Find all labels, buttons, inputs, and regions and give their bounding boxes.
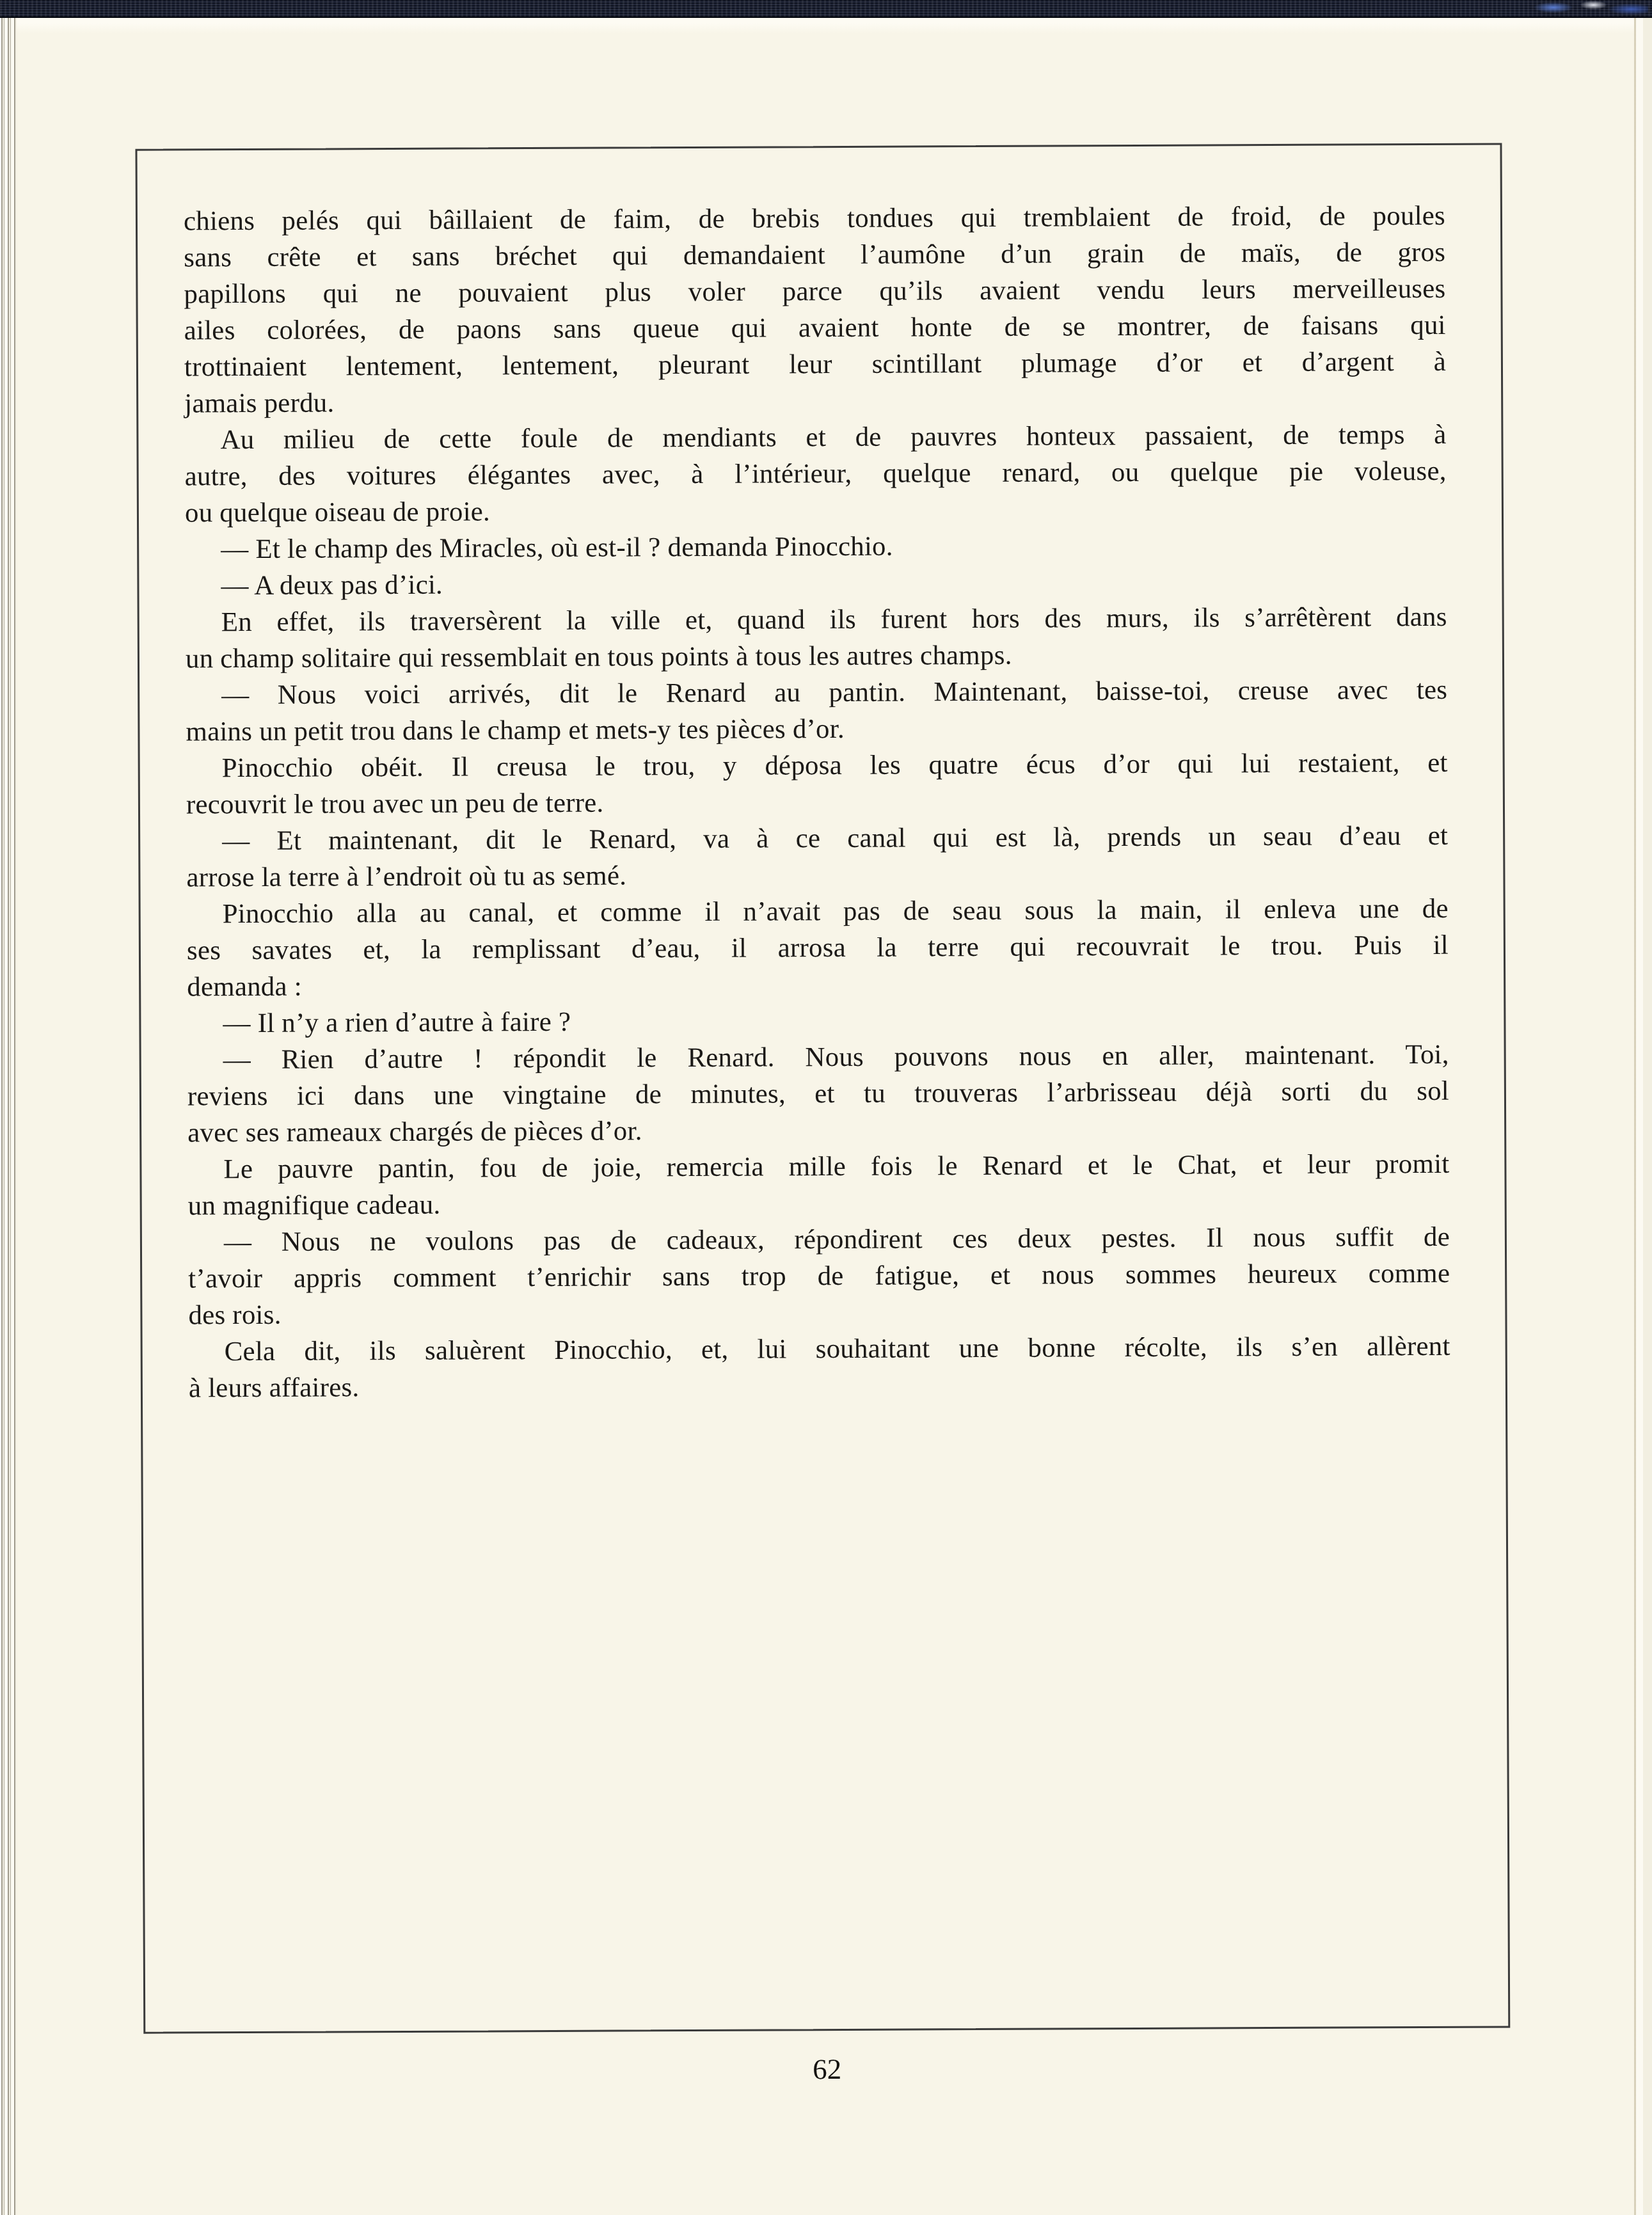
paragraph: — A deux pas d’ici. bbox=[185, 562, 1447, 605]
text-column: chiens pelés qui bâillaient de faim, de … bbox=[184, 198, 1450, 1407]
text-line: papillons qui ne pouvaient plus voler pa… bbox=[184, 271, 1445, 313]
page-number: 62 bbox=[143, 2052, 1510, 2086]
text-line: ou quelque oiseau de proie. bbox=[185, 489, 1447, 532]
text-line: un champ solitaire qui ressemblait en to… bbox=[186, 635, 1447, 678]
text-frame-border: chiens pelés qui bâillaient de faim, de … bbox=[135, 143, 1510, 2033]
text-line: un magnifique cadeau. bbox=[188, 1182, 1450, 1225]
page-edge-right bbox=[1634, 0, 1652, 2215]
page-edges-left bbox=[0, 17, 17, 2215]
paragraph: Pinocchio obéit. Il creusa le trou, y dé… bbox=[186, 745, 1448, 823]
paragraph: — Rien d’autre ! répondit le Renard. Nou… bbox=[187, 1036, 1450, 1152]
text-line: — Il n’y a rien d’autre à faire ? bbox=[187, 1000, 1449, 1042]
text-line: à leurs affaires. bbox=[189, 1365, 1450, 1407]
text-line: des rois. bbox=[188, 1292, 1450, 1334]
paper-page: chiens pelés qui bâillaient de faim, de … bbox=[17, 17, 1634, 2215]
paragraph: — Nous voici arrivés, dit le Renard au p… bbox=[186, 672, 1447, 750]
text-line: arrose la terre à l’endroit où tu as sem… bbox=[186, 854, 1448, 896]
text-line: mains un petit trou dans le champ et met… bbox=[186, 708, 1447, 750]
paragraph: — Nous ne voulons pas de cadeaux, répond… bbox=[188, 1219, 1450, 1334]
paragraph: En effet, ils traversèrent la ville et, … bbox=[186, 599, 1447, 678]
text-line: demanda : bbox=[187, 964, 1449, 1006]
page-tilt-wrapper: chiens pelés qui bâillaient de faim, de … bbox=[12, 13, 1639, 2215]
text-line: t’avoir appris comment t’enrichir sans t… bbox=[188, 1255, 1450, 1298]
text-line: Au milieu de cette foule de mendiants et… bbox=[184, 417, 1446, 459]
text-line: — Nous voici arrivés, dit le Renard au p… bbox=[186, 672, 1447, 714]
text-line: trottinaient lentement, lentement, pleur… bbox=[184, 344, 1446, 386]
paragraph: — Et le champ des Miracles, où est-il ? … bbox=[185, 526, 1447, 568]
text-line: — A deux pas d’ici. bbox=[185, 562, 1447, 605]
book-cover-edge bbox=[0, 0, 1652, 18]
text-line: sans crête et sans bréchet qui demandaie… bbox=[184, 234, 1445, 276]
text-line: Pinocchio obéit. Il creusa le trou, y dé… bbox=[186, 745, 1448, 787]
text-line: Le pauvre pantin, fou de joie, remercia … bbox=[187, 1146, 1449, 1188]
text-line: recouvrit le trou avec un peu de terre. bbox=[186, 781, 1448, 823]
text-line: — Et maintenant, dit le Renard, va à ce … bbox=[186, 818, 1448, 860]
cover-sheen-highlight bbox=[1527, 0, 1648, 17]
text-line: reviens ici dans une vingtaine de minute… bbox=[187, 1073, 1449, 1115]
paragraph: Au milieu de cette foule de mendiants et… bbox=[184, 417, 1447, 532]
paragraph: chiens pelés qui bâillaient de faim, de … bbox=[184, 198, 1446, 422]
book-page-scan: chiens pelés qui bâillaient de faim, de … bbox=[0, 0, 1652, 2215]
paragraph: Le pauvre pantin, fou de joie, remercia … bbox=[187, 1146, 1449, 1225]
text-line: — Nous ne voulons pas de cadeaux, répond… bbox=[188, 1219, 1450, 1261]
text-line: Cela dit, ils saluèrent Pinocchio, et, l… bbox=[189, 1328, 1450, 1370]
text-line: ailes colorées, de paons sans queue qui … bbox=[184, 307, 1446, 349]
paragraph: Cela dit, ils saluèrent Pinocchio, et, l… bbox=[189, 1328, 1450, 1407]
text-line: — Et le champ des Miracles, où est-il ? … bbox=[185, 526, 1447, 568]
paragraph: — Il n’y a rien d’autre à faire ? bbox=[187, 1000, 1449, 1042]
text-line: ses savates et, la remplissant d’eau, il… bbox=[187, 927, 1449, 969]
text-line: Pinocchio alla au canal, et comme il n’a… bbox=[187, 891, 1449, 933]
paragraph: Pinocchio alla au canal, et comme il n’a… bbox=[187, 891, 1449, 1006]
text-line: jamais perdu. bbox=[184, 380, 1446, 422]
text-line: En effet, ils traversèrent la ville et, … bbox=[186, 599, 1447, 641]
text-line: chiens pelés qui bâillaient de faim, de … bbox=[184, 198, 1445, 240]
text-line: autre, des voitures élégantes avec, à l’… bbox=[185, 453, 1447, 495]
text-line: — Rien d’autre ! répondit le Renard. Nou… bbox=[187, 1036, 1449, 1079]
text-line: avec ses rameaux chargés de pièces d’or. bbox=[187, 1109, 1449, 1152]
paragraph: — Et maintenant, dit le Renard, va à ce … bbox=[186, 818, 1448, 896]
